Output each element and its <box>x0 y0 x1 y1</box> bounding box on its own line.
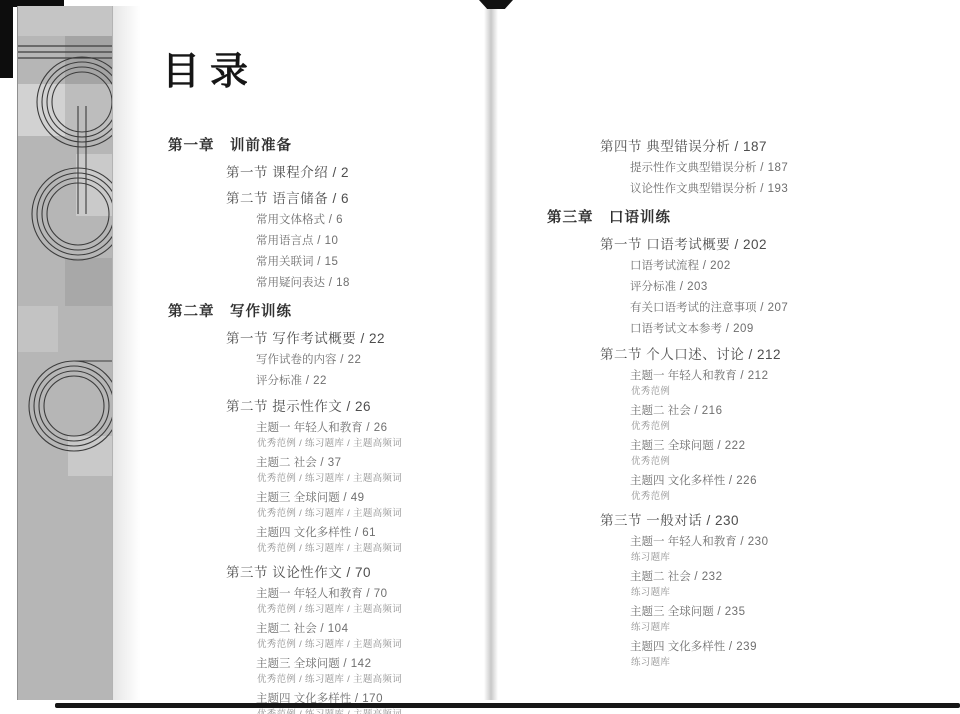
entry-page-number: / 22 <box>337 354 362 366</box>
entry-label: 优秀范例 / 练习题库 / 主题高频词 <box>257 508 402 519</box>
entry-page-number: / 6 <box>325 214 343 226</box>
entry-page-number: / 10 <box>314 235 339 247</box>
entry-page-number: / 230 <box>702 513 739 528</box>
entry-label: 优秀范例 / 练习题库 / 主题高频词 <box>257 438 402 449</box>
entry-page-number: / 26 <box>342 399 371 414</box>
entry-page-number: / 6 <box>328 191 349 206</box>
toc-entry-item: 有关口语考试的注意事项 / 207 <box>630 302 915 315</box>
entry-label: 主题二 社会 <box>256 623 317 635</box>
toc-entry-note: 优秀范例 / 练习题库 / 主题高频词 <box>257 473 475 484</box>
photo-edge-left-sliver <box>0 0 13 78</box>
entry-label: 写作试卷的内容 <box>256 354 337 366</box>
toc-entry-section: 第二节 提示性作文 / 26 <box>226 399 475 414</box>
toc-entry-item: 常用关联词 / 15 <box>256 256 475 269</box>
entry-page-number: / 22 <box>356 331 385 346</box>
entry-page-number: / 142 <box>340 658 372 670</box>
entry-label: 主题一 年轻人和教育 <box>630 370 737 382</box>
page-title: 目录 <box>162 50 475 94</box>
entry-page-number: / 70 <box>363 588 388 600</box>
toc-entry-item: 主题二 社会 / 232 <box>630 571 915 584</box>
toc-entry-section: 第一节 口语考试概要 / 202 <box>600 237 915 252</box>
toc-entry-item: 主题二 社会 / 104 <box>256 623 475 636</box>
entry-label: 口语考试文本参考 <box>630 323 722 335</box>
entry-page-number: / 2 <box>328 165 349 180</box>
entry-page-number: / 22 <box>302 375 327 387</box>
toc-entry-note: 优秀范例 / 练习题库 / 主题高频词 <box>257 709 475 714</box>
entry-label: 第四节 典型错误分析 <box>600 139 730 154</box>
entry-page-number: / 26 <box>363 422 388 434</box>
entry-label: 有关口语考试的注意事项 <box>630 302 757 314</box>
toc-entry-item: 主题一 年轻人和教育 / 70 <box>256 588 475 601</box>
entry-label: 议论性作文典型错误分析 <box>630 183 757 195</box>
toc-entry-item: 议论性作文典型错误分析 / 193 <box>630 183 915 196</box>
entry-page-number: / 202 <box>699 260 731 272</box>
toc-entry-item: 提示性作文典型错误分析 / 187 <box>630 162 915 175</box>
entry-label: 优秀范例 <box>631 456 670 467</box>
toc-entry-note: 练习题库 <box>631 552 915 563</box>
entry-page-number: / 49 <box>340 492 365 504</box>
entry-page-number: / 193 <box>757 183 789 195</box>
toc-entry-item: 主题四 文化多样性 / 226 <box>630 475 915 488</box>
toc-right-list: 第四节 典型错误分析 / 187提示性作文典型错误分析 / 187议论性作文典型… <box>545 139 915 668</box>
toc-entry-item: 主题二 社会 / 216 <box>630 405 915 418</box>
entry-page-number: / 61 <box>351 527 376 539</box>
entry-label: 主题二 社会 <box>630 571 691 583</box>
entry-label: 评分标准 <box>256 375 302 387</box>
toc-left-list: 第一章 训前准备第一节 课程介绍 / 2第二节 语言储备 / 6常用文体格式 /… <box>160 138 475 714</box>
entry-label: 主题一 年轻人和教育 <box>630 536 737 548</box>
toc-entry-note: 优秀范例 <box>631 456 915 467</box>
entry-page-number: / 216 <box>691 405 723 417</box>
entry-label: 提示性作文典型错误分析 <box>630 162 757 174</box>
entry-label: 第三节 议论性作文 <box>226 565 342 580</box>
toc-entry-item: 主题三 全球问题 / 142 <box>256 658 475 671</box>
entry-label: 第二章 写作训练 <box>168 304 292 320</box>
toc-entry-note: 优秀范例 / 练习题库 / 主题高频词 <box>257 438 475 449</box>
toc-entry-item: 主题四 文化多样性 / 239 <box>630 641 915 654</box>
entry-label: 优秀范例 / 练习题库 / 主题高频词 <box>257 674 402 685</box>
toc-entry-note: 优秀范例 / 练习题库 / 主题高频词 <box>257 639 475 650</box>
toc-entry-note: 练习题库 <box>631 657 915 668</box>
entry-page-number: / 70 <box>342 565 371 580</box>
entry-label: 练习题库 <box>631 657 670 668</box>
toc-entry-chapter: 第一章 训前准备 <box>168 138 475 154</box>
entry-page-number: / 222 <box>714 440 746 452</box>
toc-entry-item: 主题三 全球问题 / 222 <box>630 440 915 453</box>
toc-entry-section: 第一节 课程介绍 / 2 <box>226 165 475 180</box>
toc-entry-note: 练习题库 <box>631 587 915 598</box>
entry-page-number: / 239 <box>725 641 757 653</box>
entry-label: 常用疑问表达 <box>256 277 325 289</box>
toc-entry-note: 优秀范例 <box>631 491 915 502</box>
entry-label: 优秀范例 / 练习题库 / 主题高频词 <box>257 473 402 484</box>
entry-page-number: / 212 <box>744 347 781 362</box>
entry-label: 第二节 个人口述、讨论 <box>600 347 744 362</box>
entry-label: 第一节 课程介绍 <box>226 165 328 180</box>
entry-label: 主题三 全球问题 <box>630 606 714 618</box>
toc-entry-chapter: 第二章 写作训练 <box>168 304 475 320</box>
toc-entry-section: 第二节 语言储备 / 6 <box>226 191 475 206</box>
entry-label: 口语考试流程 <box>630 260 699 272</box>
entry-label: 优秀范例 / 练习题库 / 主题高频词 <box>257 604 402 615</box>
entry-label: 优秀范例 <box>631 491 670 502</box>
entry-page-number: / 202 <box>730 237 767 252</box>
toc-entry-chapter: 第三章 口语训练 <box>547 210 915 226</box>
entry-page-number: / 37 <box>317 457 342 469</box>
entry-label: 优秀范例 / 练习题库 / 主题高频词 <box>257 709 402 714</box>
entry-label: 优秀范例 <box>631 421 670 432</box>
entry-page-number: / 235 <box>714 606 746 618</box>
toc-entry-item: 主题四 文化多样性 / 61 <box>256 527 475 540</box>
entry-label: 优秀范例 / 练习题库 / 主题高频词 <box>257 639 402 650</box>
toc-entry-item: 主题一 年轻人和教育 / 26 <box>256 422 475 435</box>
entry-label: 主题四 文化多样性 <box>630 641 725 653</box>
toc-entry-section: 第一节 写作考试概要 / 22 <box>226 331 475 346</box>
entry-label: 第三章 口语训练 <box>547 210 671 226</box>
entry-label: 练习题库 <box>631 552 670 563</box>
entry-label: 主题一 年轻人和教育 <box>256 588 363 600</box>
entry-label: 第一节 写作考试概要 <box>226 331 356 346</box>
entry-label: 主题三 全球问题 <box>256 492 340 504</box>
toc-entry-note: 优秀范例 <box>631 386 915 397</box>
toc-entry-note: 练习题库 <box>631 622 915 633</box>
toc-entry-item: 评分标准 / 203 <box>630 281 915 294</box>
spine-page-shadow <box>112 6 140 700</box>
entry-label: 第二节 提示性作文 <box>226 399 342 414</box>
page-gutter <box>484 8 498 700</box>
entry-label: 主题三 全球问题 <box>256 658 340 670</box>
toc-entry-section: 第三节 一般对话 / 230 <box>600 513 915 528</box>
toc-entry-item: 常用文体格式 / 6 <box>256 214 475 227</box>
book-bottom-edge <box>55 703 960 708</box>
toc-entry-section: 第三节 议论性作文 / 70 <box>226 565 475 580</box>
entry-label: 第一节 口语考试概要 <box>600 237 730 252</box>
entry-page-number: / 18 <box>325 277 350 289</box>
entry-label: 优秀范例 <box>631 386 670 397</box>
entry-label: 第三节 一般对话 <box>600 513 702 528</box>
entry-label: 常用文体格式 <box>256 214 325 226</box>
toc-entry-item: 主题一 年轻人和教育 / 230 <box>630 536 915 549</box>
toc-entry-section: 第四节 典型错误分析 / 187 <box>600 139 915 154</box>
entry-label: 主题三 全球问题 <box>630 440 714 452</box>
entry-label: 主题二 社会 <box>256 457 317 469</box>
toc-entry-note: 优秀范例 <box>631 421 915 432</box>
entry-page-number: / 212 <box>737 370 769 382</box>
toc-entry-note: 优秀范例 / 练习题库 / 主题高频词 <box>257 508 475 519</box>
entry-label: 常用语言点 <box>256 235 314 247</box>
entry-page-number: / 209 <box>722 323 754 335</box>
toc-entry-item: 主题三 全球问题 / 235 <box>630 606 915 619</box>
toc-entry-item: 主题三 全球问题 / 49 <box>256 492 475 505</box>
toc-entry-item: 评分标准 / 22 <box>256 375 475 388</box>
entry-label: 优秀范例 / 练习题库 / 主题高频词 <box>257 543 402 554</box>
toc-entry-item: 口语考试流程 / 202 <box>630 260 915 273</box>
entry-label: 主题四 文化多样性 <box>630 475 725 487</box>
entry-page-number: / 15 <box>314 256 339 268</box>
entry-label: 评分标准 <box>630 281 676 293</box>
entry-page-number: / 232 <box>691 571 723 583</box>
toc-entry-item: 常用语言点 / 10 <box>256 235 475 248</box>
toc-entry-note: 优秀范例 / 练习题库 / 主题高频词 <box>257 543 475 554</box>
entry-label: 练习题库 <box>631 587 670 598</box>
toc-entry-note: 优秀范例 / 练习题库 / 主题高频词 <box>257 604 475 615</box>
toc-entry-item: 常用疑问表达 / 18 <box>256 277 475 290</box>
toc-entry-section: 第二节 个人口述、讨论 / 212 <box>600 347 915 362</box>
entry-label: 第一章 训前准备 <box>168 138 292 154</box>
toc-entry-item: 主题一 年轻人和教育 / 212 <box>630 370 915 383</box>
entry-page-number: / 226 <box>725 475 757 487</box>
entry-label: 常用关联词 <box>256 256 314 268</box>
entry-page-number: / 203 <box>676 281 708 293</box>
toc-entry-item: 写作试卷的内容 / 22 <box>256 354 475 367</box>
entry-label: 主题二 社会 <box>630 405 691 417</box>
entry-page-number: / 187 <box>757 162 789 174</box>
left-page: 目录 第一章 训前准备第一节 课程介绍 / 2第二节 语言储备 / 6常用文体格… <box>160 40 475 714</box>
entry-label: 第二节 语言储备 <box>226 191 328 206</box>
book-cover-spine <box>18 6 112 700</box>
entry-label: 主题一 年轻人和教育 <box>256 422 363 434</box>
entry-label: 主题四 文化多样性 <box>256 527 351 539</box>
entry-page-number: / 230 <box>737 536 769 548</box>
spine-pattern-art <box>18 6 112 700</box>
toc-entry-note: 优秀范例 / 练习题库 / 主题高频词 <box>257 674 475 685</box>
entry-page-number: / 207 <box>757 302 789 314</box>
right-page: 第四节 典型错误分析 / 187提示性作文典型错误分析 / 187议论性作文典型… <box>545 128 915 668</box>
toc-entry-item: 主题二 社会 / 37 <box>256 457 475 470</box>
toc-entry-item: 口语考试文本参考 / 209 <box>630 323 915 336</box>
entry-page-number: / 104 <box>317 623 349 635</box>
entry-label: 练习题库 <box>631 622 670 633</box>
entry-page-number: / 187 <box>730 139 767 154</box>
